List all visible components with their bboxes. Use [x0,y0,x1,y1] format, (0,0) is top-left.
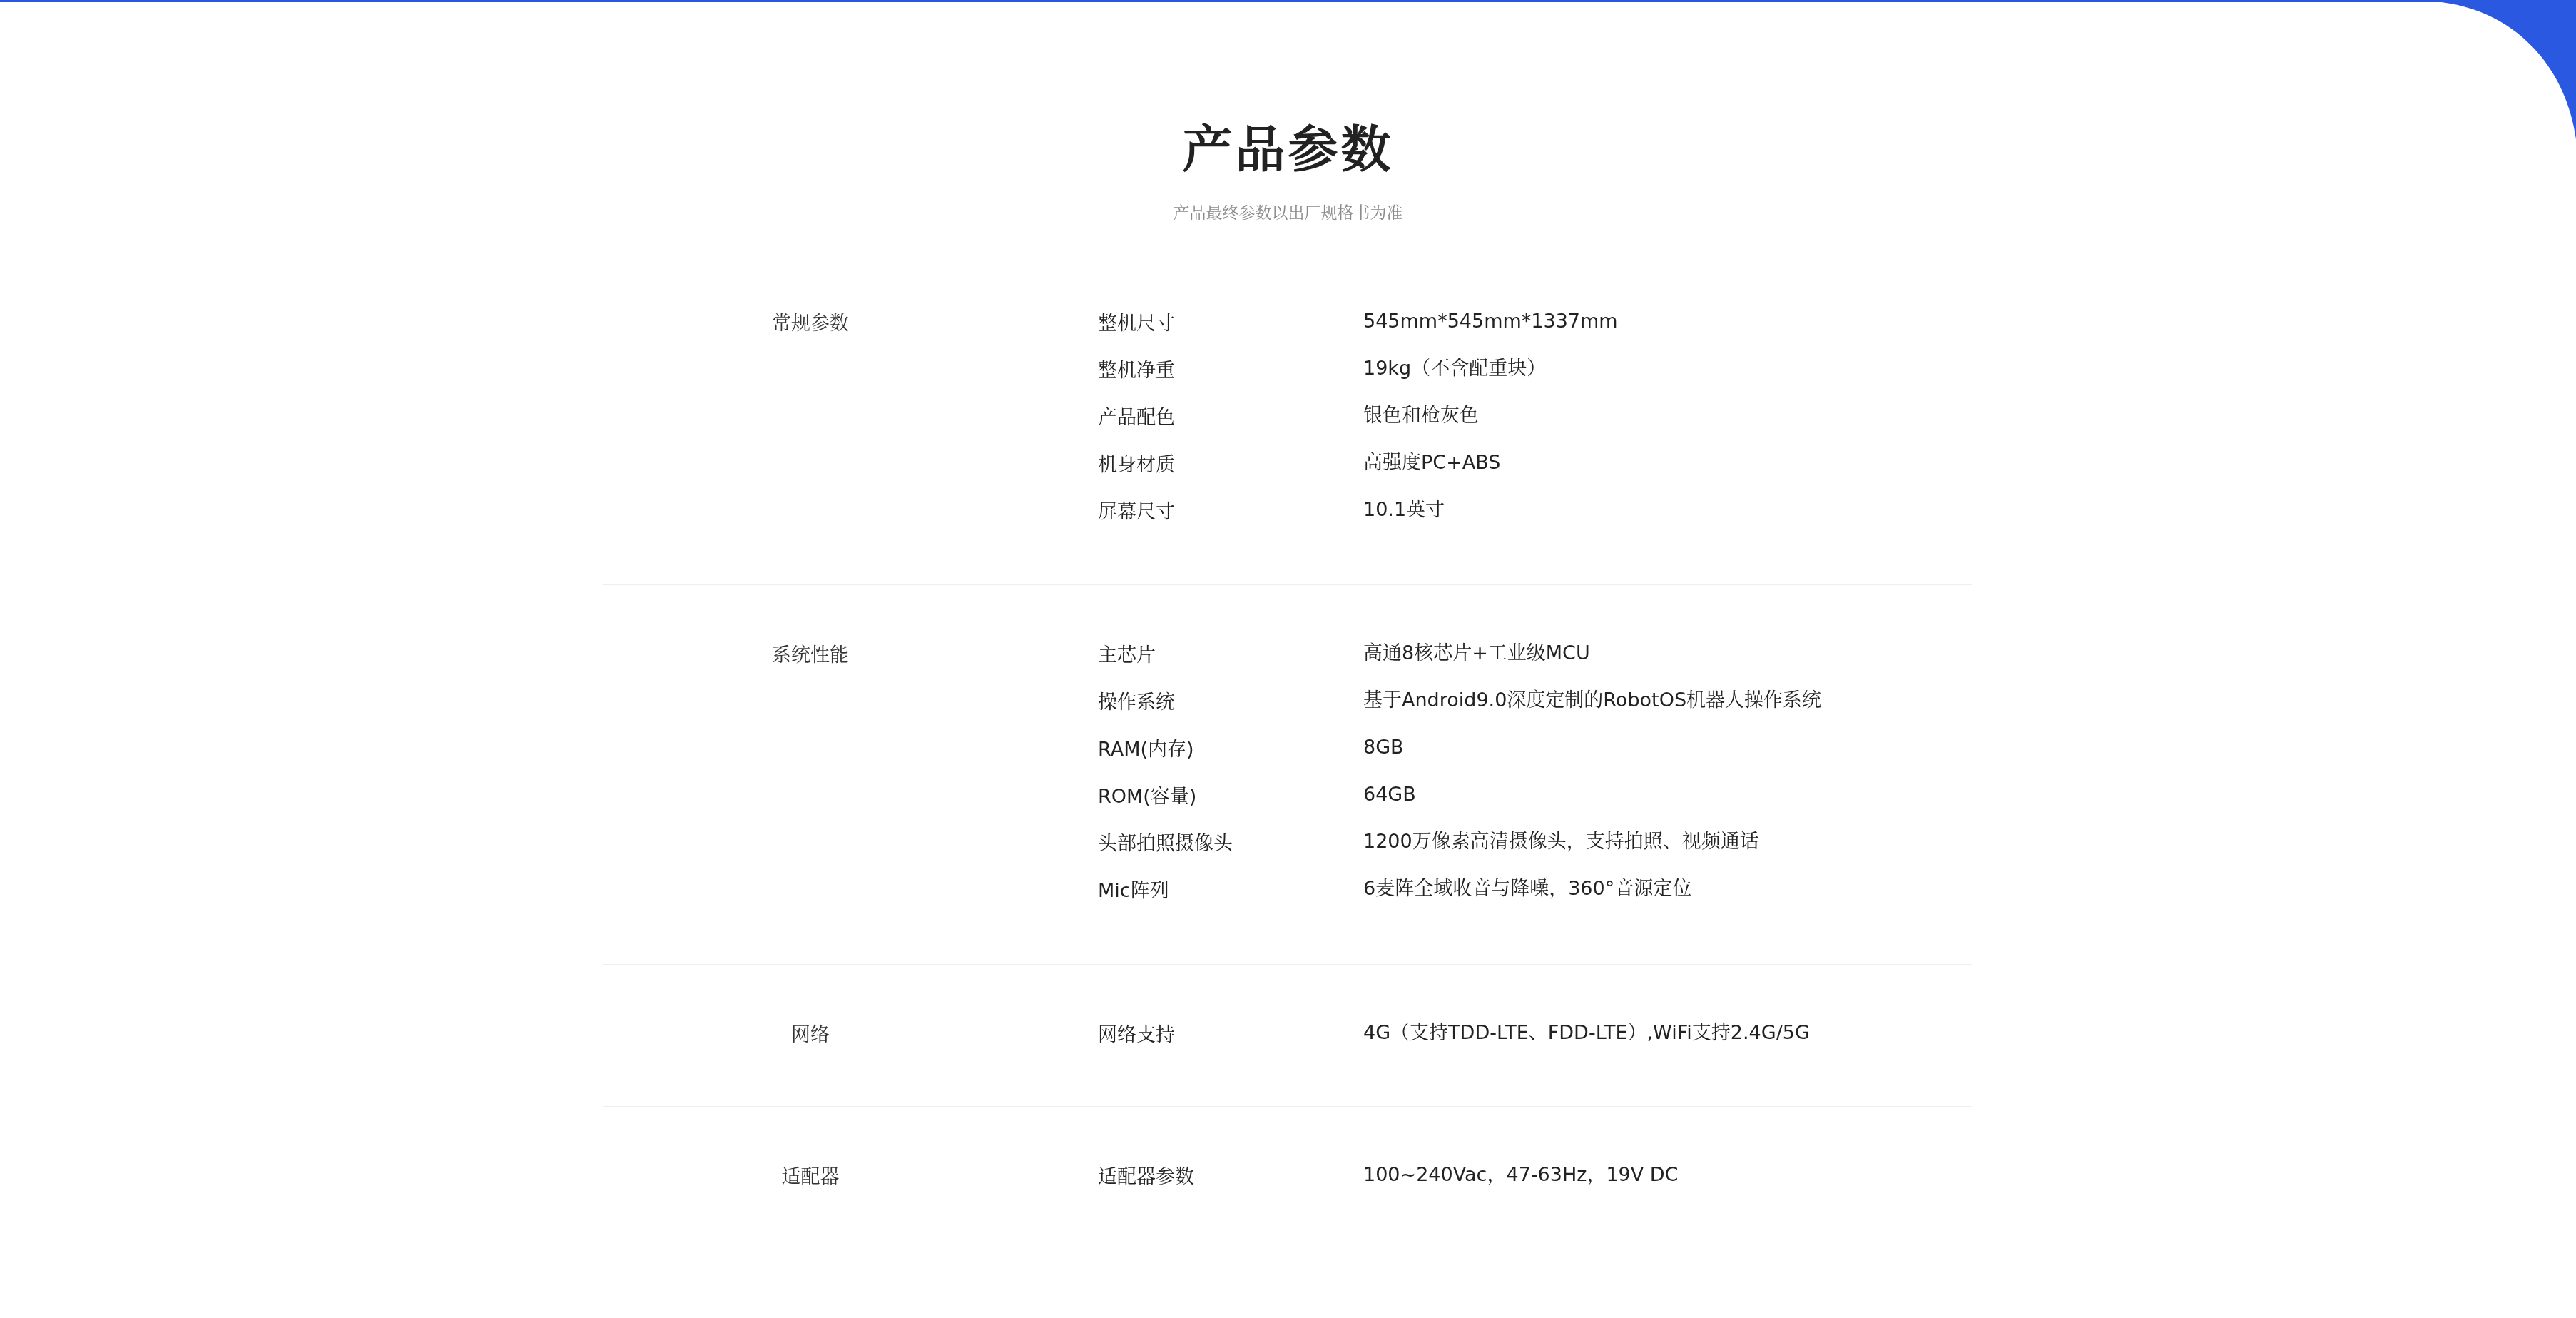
spec-row: 操作系统 基于Android9.0深度定制的RobotOS机器人操作系统 [603,691,1972,720]
spec-value: 64GB [1363,784,1416,806]
spec-name: ROM(容量) [1098,786,1196,808]
spec-name: 整机尺寸 [1098,313,1175,335]
spec-row: 头部拍照摄像头 1200万像素高清摄像头，支持拍照、视频通话 [603,833,1972,861]
spec-name: 操作系统 [1098,691,1175,714]
spec-name: RAM(内存) [1098,739,1194,761]
section-divider [603,584,1972,585]
spec-row: 机身材质 高强度PC+ABS [603,454,1972,482]
spec-value: 高强度PC+ABS [1363,452,1500,475]
spec-name: 头部拍照摄像头 [1098,833,1233,856]
spec-name: 机身材质 [1098,454,1175,477]
spec-row: Mic阵列 6麦阵全域收音与降噪，360°音源定位 [603,880,1972,908]
spec-name: Mic阵列 [1098,880,1169,903]
spec-row: RAM(内存) 8GB [603,739,1972,767]
spec-row: 产品配色 银色和枪灰色 [603,407,1972,435]
spec-name: 主芯片 [1098,644,1156,667]
spec-row: 主芯片 高通8核芯片+工业级MCU [603,644,1972,673]
spec-name: 适配器参数 [1098,1166,1194,1189]
spec-row: 网络支持 4G（支持TDD-LTE、FDD-LTE）,WiFi支持2.4G/5G [603,1024,1972,1053]
page-title: 产品参数 [0,120,2576,180]
spec-value: 10.1英寸 [1363,499,1445,522]
spec-name: 网络支持 [1098,1024,1175,1047]
spec-row: 适配器参数 100~240Vac，47-63Hz，19V DC [603,1166,1972,1195]
section-divider [603,964,1972,965]
spec-value: 100~240Vac，47-63Hz，19V DC [1363,1164,1678,1187]
spec-row: ROM(容量) 64GB [603,786,1972,814]
spec-value: 8GB [1363,736,1404,759]
spec-value: 6麦阵全域收音与降噪，360°音源定位 [1363,878,1691,901]
spec-value: 19kg（不含配重块） [1363,358,1546,380]
spec-name: 整机净重 [1098,360,1175,382]
spec-name: 产品配色 [1098,407,1175,430]
spec-row: 整机尺寸 545mm*545mm*1337mm [603,313,1972,341]
spec-value: 基于Android9.0深度定制的RobotOS机器人操作系统 [1363,689,1821,712]
section-divider [603,1106,1972,1107]
top-accent-line [0,0,2576,2]
spec-row: 整机净重 19kg（不含配重块） [603,360,1972,388]
spec-name: 屏幕尺寸 [1098,501,1175,524]
spec-value: 545mm*545mm*1337mm [1363,310,1618,333]
spec-row: 屏幕尺寸 10.1英寸 [603,501,1972,529]
spec-value: 银色和枪灰色 [1363,405,1479,427]
spec-value: 1200万像素高清摄像头，支持拍照、视频通话 [1363,831,1759,853]
page-subtitle: 产品最终参数以出厂规格书为准 [0,204,2576,224]
spec-value: 高通8核芯片+工业级MCU [1363,642,1590,665]
spec-value: 4G（支持TDD-LTE、FDD-LTE）,WiFi支持2.4G/5G [1363,1022,1810,1045]
